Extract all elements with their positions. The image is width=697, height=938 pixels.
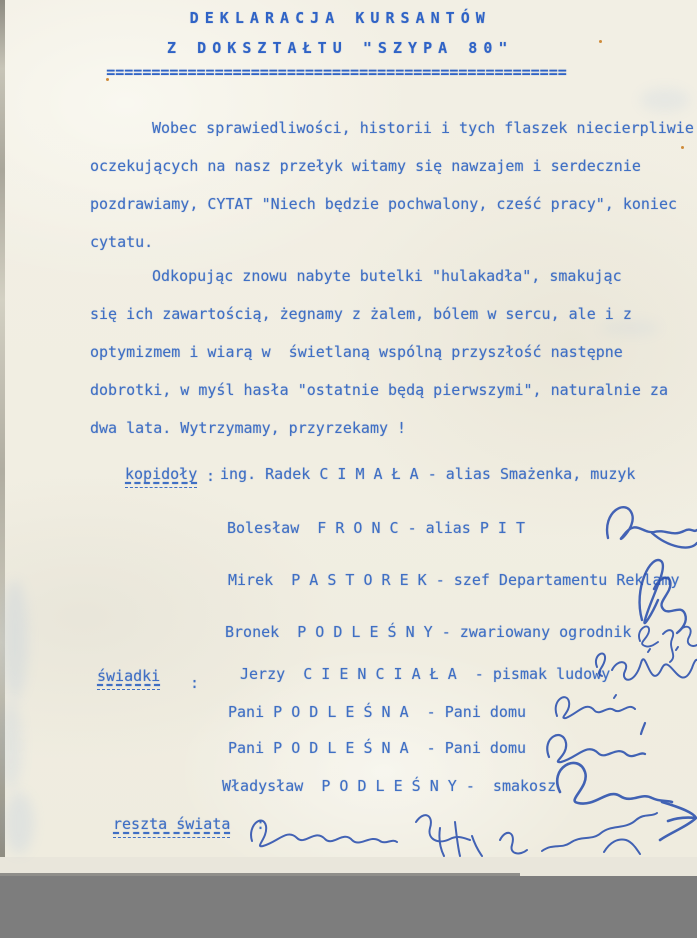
signature-fronc — [607, 507, 697, 547]
signature-reszta-script — [542, 813, 657, 851]
signature-reszta-scribble — [604, 840, 640, 855]
signature-podlesny-arrow — [660, 802, 696, 840]
signature-reszta-rozhojoni — [251, 815, 470, 846]
signature-podlesny — [557, 763, 672, 804]
signature-reszta-strokes — [439, 822, 527, 856]
signature-podlesna-1 — [556, 695, 635, 718]
handwritten-signatures-layer — [0, 0, 697, 938]
signature-cienciala — [596, 647, 697, 680]
signature-pastorek — [640, 560, 686, 633]
signature-szyp — [639, 626, 697, 662]
scanned-document: D E K L A R A C J A K U R S A N T Ó W Z … — [0, 0, 697, 938]
signature-podlesna-2 — [547, 723, 645, 762]
